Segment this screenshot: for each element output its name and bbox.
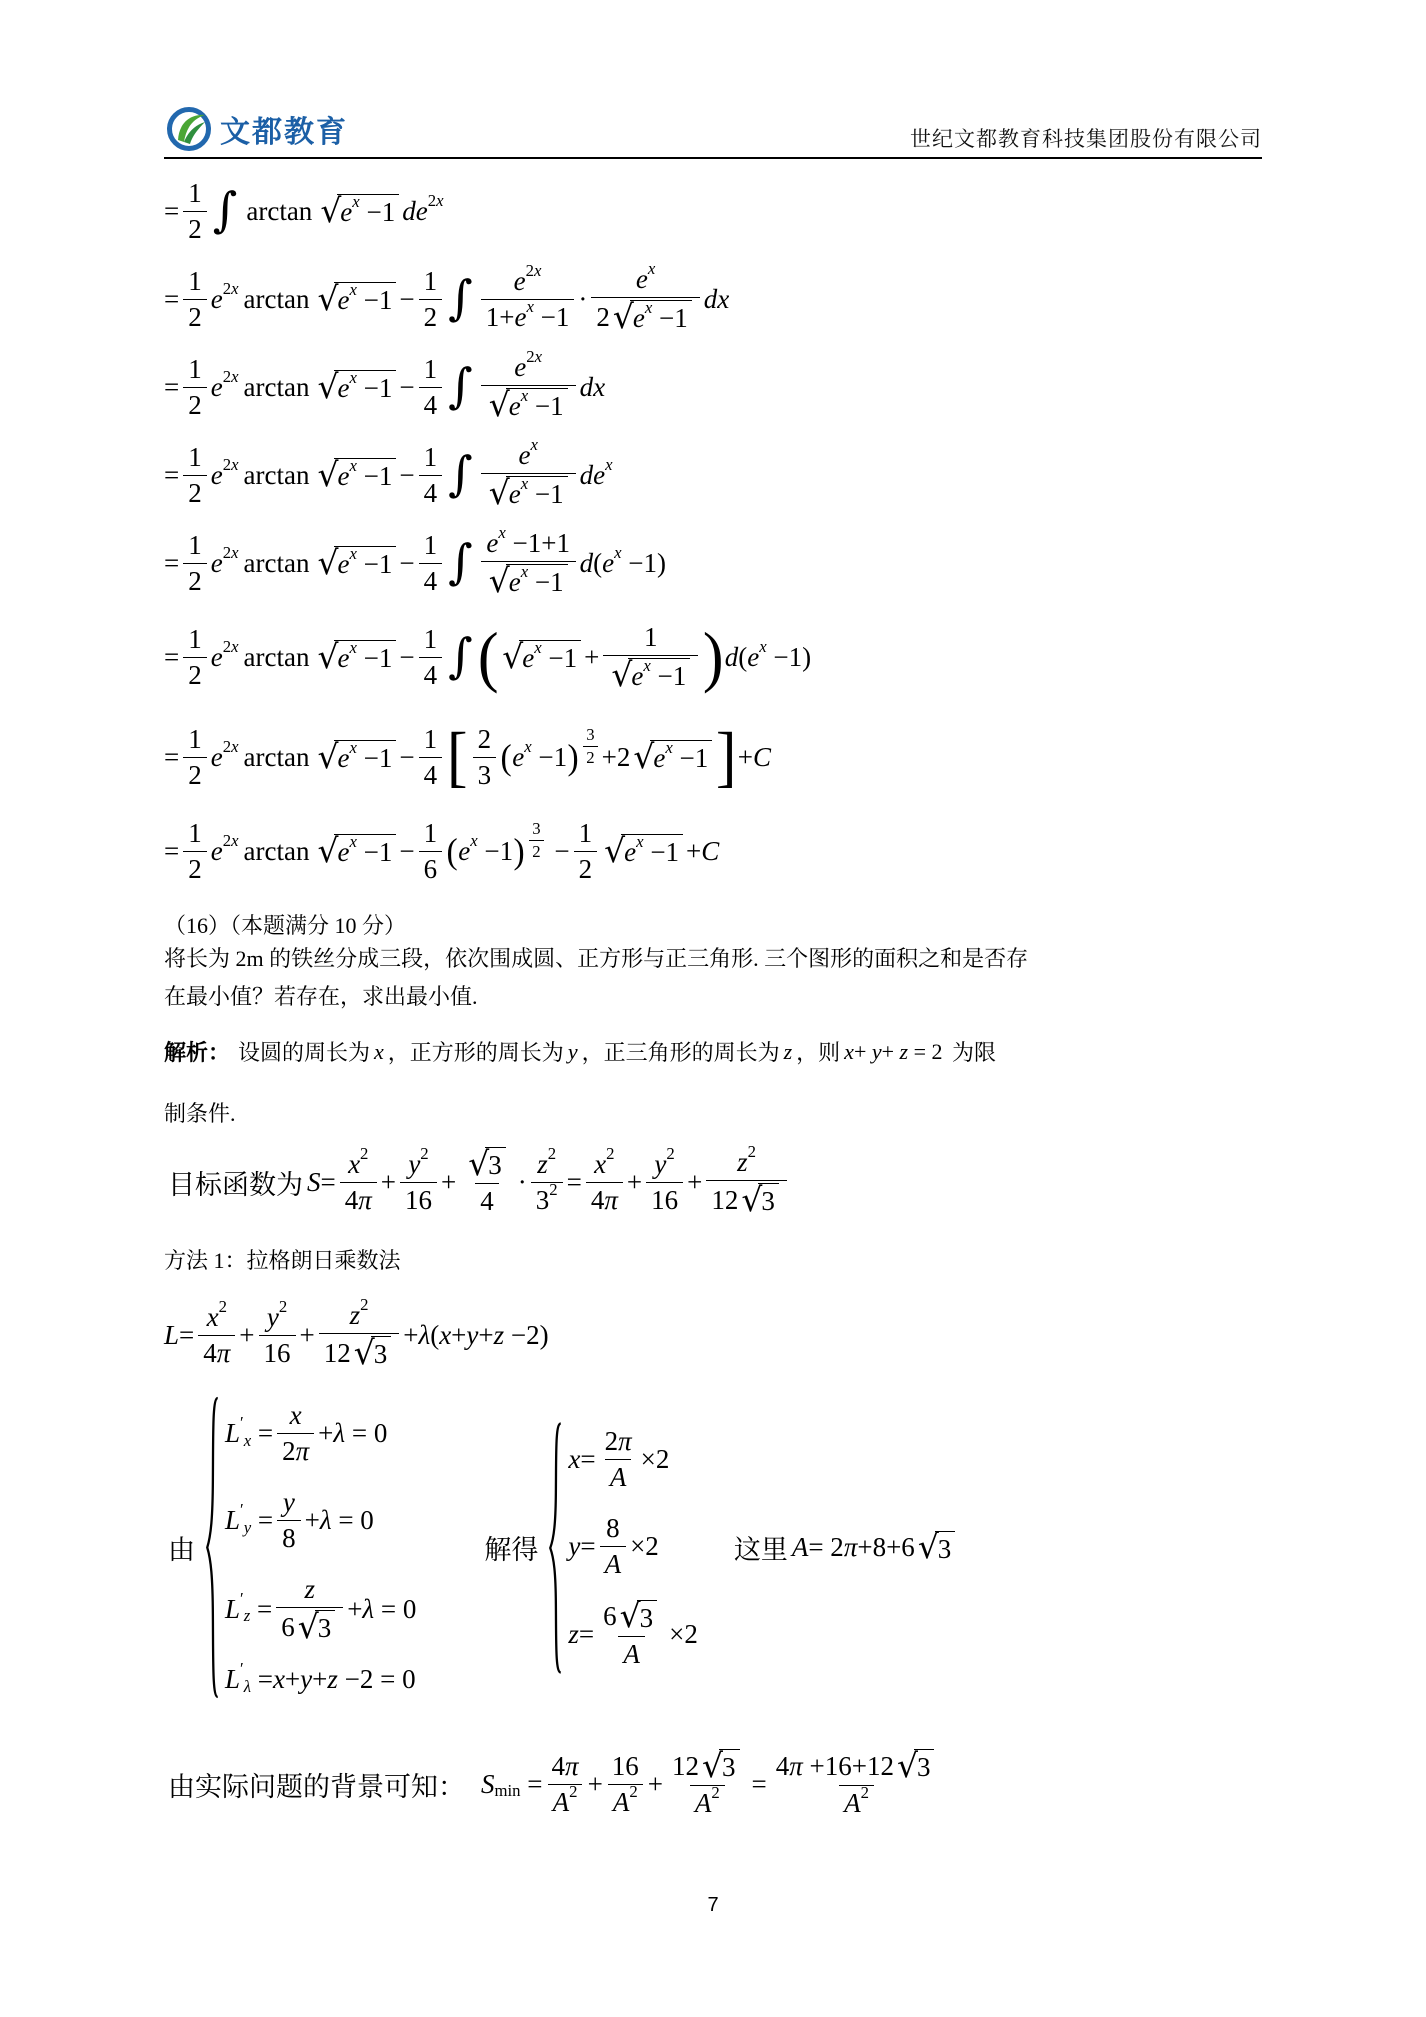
math-text: · [578, 284, 587, 315]
big-delimiter: ( [478, 623, 499, 691]
superscript: 2 [219, 1297, 227, 1317]
math-text: 2 [605, 1426, 619, 1457]
big-delimiter: ) [514, 833, 525, 869]
math-sqrt: √ex −1 [317, 282, 396, 316]
math-text: 2 [424, 302, 438, 333]
fraction-denominator: 2 [574, 851, 598, 885]
math-fraction: 14 [419, 624, 443, 691]
math-text: +16+12 [803, 1751, 894, 1782]
math-text: −1 [652, 303, 687, 334]
company-name: 世纪文都教育科技集团股份有限公司 [910, 123, 1262, 154]
math-text: = [251, 1418, 273, 1449]
math-fraction: √34 [460, 1147, 513, 1217]
math-fraction: e2x1+ex −1 [481, 266, 575, 333]
math-var: y [267, 1302, 279, 1333]
math-text: 2 [282, 1436, 296, 1467]
math-fraction: x24π [586, 1149, 623, 1216]
math-text: 2 [569, 1782, 577, 1802]
math-var: e [514, 302, 526, 333]
radicand: ex −1 [506, 388, 568, 422]
math-var: π [296, 1436, 310, 1467]
math-text: = [521, 1769, 543, 1800]
math-var: e [211, 372, 223, 403]
math-text: −1 [357, 285, 392, 316]
math-var: A [613, 1787, 630, 1818]
math-text: 3 [761, 1186, 775, 1217]
fraction-numerator: 1 [419, 818, 443, 851]
fraction-numerator: 1 [183, 818, 207, 851]
math-text: 3 [722, 1752, 736, 1783]
math-text: 2 [586, 748, 594, 768]
math-text: = [164, 642, 179, 673]
radicand: 3 [637, 1600, 658, 1634]
formula-line-7: =12e2xarctan√ex −1−14[23(ex −1)32+2√ex −… [164, 707, 1262, 807]
math-var: x [352, 192, 359, 212]
fraction-denominator: 16 [646, 1182, 683, 1216]
radicand: ex −1 [334, 282, 396, 316]
math-text: 4 [424, 760, 438, 791]
math-fraction: 1√ex −1 [603, 622, 698, 692]
math-var: λ [244, 1677, 251, 1697]
fraction-numerator: 3 [529, 819, 543, 840]
math-text: 1 [644, 622, 658, 653]
fraction-numerator: e2x [509, 266, 547, 299]
math-var: z [304, 1574, 315, 1605]
math-var: x [665, 738, 672, 758]
math-fraction: 12 [183, 442, 207, 509]
math-text: 16 [264, 1338, 291, 1369]
math-var: x [521, 474, 528, 494]
math-fraction: z212√3 [319, 1300, 399, 1370]
math-text: + [403, 1320, 418, 1351]
math-fraction: 12 [574, 818, 598, 885]
math-text: 2 [188, 478, 202, 509]
math-text: 3 [318, 1613, 332, 1644]
math-var: e [518, 440, 530, 471]
math-fraction: 12 [183, 724, 207, 791]
math-fraction: 23 [473, 724, 497, 791]
math-var: x [374, 1039, 384, 1065]
math-text: −1 [357, 643, 392, 674]
math-text: 1 [188, 266, 202, 297]
math-var: x [436, 191, 443, 211]
superscript: x [349, 638, 356, 658]
math-cjk-text: 这里 [734, 1528, 788, 1567]
fraction-denominator: 4 [419, 657, 443, 691]
fraction-denominator: 8 [277, 1520, 301, 1554]
math-fraction: x24π [198, 1302, 235, 1369]
math-text: −1 [357, 549, 392, 580]
problem-heading: （16）（本题满分 10 分） [164, 909, 1262, 940]
math-text: 2 [478, 724, 492, 755]
superscript: x [524, 737, 531, 757]
math-text: 1 [424, 266, 438, 297]
math-text: 2 [711, 1783, 719, 1803]
math-text: 2 [526, 347, 534, 367]
math-var: x [643, 656, 650, 676]
superscript: x [521, 474, 528, 494]
math-text: 1 [424, 818, 438, 849]
math-text: + [381, 1167, 396, 1198]
problem-text-line-2: 在最小值？若存在，求出最小值. [164, 978, 1262, 1016]
logo-icon [164, 104, 214, 154]
fraction-numerator: 1 [183, 530, 207, 563]
math-text: 3 [374, 1339, 388, 1370]
math-sqrt: √3 [918, 1531, 955, 1565]
integral-sign: ∫ [448, 363, 473, 410]
math-fraction: y216 [259, 1302, 296, 1369]
cases-row: L′z =z6√3+λ = 0 [225, 1574, 416, 1644]
math-text: 4 [203, 1338, 217, 1369]
math-text: 3 [640, 1603, 654, 1634]
logo-text: 文都教育 [220, 107, 348, 151]
math-text: 2 [188, 302, 202, 333]
math-text: 2 [596, 302, 610, 333]
superscript: 2 [548, 1144, 556, 1164]
math-text: −1) [767, 642, 811, 673]
math-fraction: 14 [419, 530, 443, 597]
math-var: λ [362, 1594, 374, 1625]
radicand: 3 [719, 1749, 740, 1783]
math-var: z [784, 1039, 793, 1065]
math-text: 1 [424, 530, 438, 561]
superscript: 2 [360, 1144, 368, 1164]
math-var: e [458, 836, 470, 867]
math-cjk-text: ，正方形的周长为 [388, 1036, 564, 1067]
superscript: x [349, 832, 356, 852]
math-var: x [231, 455, 238, 475]
math-text: 16 [651, 1185, 678, 1216]
math-text: 12 [672, 1751, 699, 1782]
math-text: ×2 [630, 1531, 659, 1562]
math-var: e [653, 743, 665, 774]
superscript: x [349, 738, 356, 758]
math-var: x [231, 737, 238, 757]
math-text: = [164, 460, 179, 491]
math-text: = 2 [908, 1039, 948, 1065]
radicand: ex −1 [334, 546, 396, 580]
fraction-numerator: x2 [589, 1149, 619, 1182]
fraction-denominator: 6 [419, 851, 443, 885]
math-text: = 0 [374, 1594, 416, 1625]
math-var: x [244, 1431, 251, 1451]
math-var: e [211, 548, 223, 579]
math-var: S [307, 1167, 321, 1198]
math-var: e [522, 643, 534, 674]
superscript: 2 [861, 1783, 869, 1803]
math-text: −1 [528, 567, 563, 598]
math-fraction: 14 [419, 442, 443, 509]
math-text: + [285, 1664, 300, 1695]
brace-icon [205, 1395, 220, 1700]
math-var: z [537, 1149, 548, 1180]
fraction-denominator: 4π [340, 1182, 377, 1216]
superscript: 2x [223, 637, 239, 657]
math-var: e [514, 266, 526, 297]
fraction-denominator: √ex −1 [481, 473, 576, 510]
fraction-numerator: 1 [639, 622, 663, 655]
math-var: A [605, 1549, 622, 1580]
math-fraction: 14 [419, 354, 443, 421]
formula-line-8: =12e2xarctan√ex −1−16(ex −1)32 −12√ex −1… [164, 807, 1262, 895]
radicand: 3 [485, 1147, 506, 1181]
cases-rows: x=2πA×2y=8A×2z=6√3A×2 [568, 1426, 697, 1670]
math-var: e [337, 837, 349, 868]
math-text: 3 [488, 1150, 502, 1181]
formula-line-6: =12e2xarctan√ex −1−14∫(√ex −1+1√ex −1)d(… [164, 607, 1262, 707]
math-text: −1 [357, 743, 392, 774]
math-function-name: arctan [244, 836, 310, 867]
math-var: x [521, 562, 528, 582]
math-var: x [521, 386, 528, 406]
math-text: − [399, 742, 414, 773]
superscript: 2 [748, 1142, 756, 1162]
math-text: 2 [188, 854, 202, 885]
fraction-numerator: 4π +16+12√3 [771, 1749, 943, 1785]
math-var: x [636, 832, 643, 852]
superscript: x [648, 259, 655, 279]
superscript: 32 [525, 819, 547, 862]
math-fraction: z232 [531, 1149, 563, 1216]
superscript: x [614, 543, 621, 563]
superscript: 2 [629, 1782, 637, 1802]
fraction-numerator: 1 [419, 624, 443, 657]
math-var: x [349, 456, 356, 476]
math-var: π [844, 1532, 858, 1563]
math-var: z [568, 1619, 579, 1650]
math-text: 2 [360, 1295, 368, 1315]
math-var: z [244, 1606, 251, 1626]
math-cjk-text: 由实际问题的背景可知： [168, 1765, 465, 1804]
math-var: x [534, 638, 541, 658]
math-var: x [231, 831, 238, 851]
math-text: 2 [549, 1180, 557, 1200]
math-fraction: x24π [340, 1149, 377, 1216]
integral-sign: ∫ [213, 187, 238, 234]
formula-line-1: =12∫arctan√ex −1de2x [164, 167, 1262, 255]
math-fraction: 32 [583, 725, 597, 768]
fraction-numerator: 3 [583, 725, 597, 746]
math-fraction: e2x√ex −1 [481, 352, 576, 422]
math-sqrt: √ex −1 [489, 476, 568, 510]
subscript: z [244, 1606, 251, 1626]
superscript: x [349, 368, 356, 388]
math-var: A [792, 1532, 809, 1563]
fraction-numerator: 1 [419, 266, 443, 299]
math-var: e [636, 264, 648, 295]
fraction-denominator: 16 [259, 1335, 296, 1369]
math-function-name: arctan [244, 372, 310, 403]
math-sqrt: √3 [741, 1183, 778, 1217]
math-text: 4 [424, 390, 438, 421]
math-var: x [568, 1444, 580, 1475]
math-text: 2 [223, 543, 231, 563]
math-cjk-text: 解得 [484, 1528, 538, 1567]
fraction-numerator: 1 [574, 818, 598, 851]
math-text: 2 [188, 660, 202, 691]
math-var: e [624, 837, 636, 868]
math-text: = [164, 742, 179, 773]
math-text: + [882, 1039, 900, 1065]
fraction-numerator: z2 [732, 1147, 761, 1180]
math-text: 6 [603, 1601, 617, 1632]
math-text: 2 [748, 1142, 756, 1162]
math-text: − [399, 284, 414, 315]
fraction-numerator: 1 [183, 178, 207, 211]
fraction-denominator: 3 [473, 757, 497, 791]
math-var: x [207, 1302, 219, 1333]
integral-sign: ∫ [448, 539, 473, 586]
superscript: x [349, 544, 356, 564]
math-text: = [164, 372, 179, 403]
math-text: 4 [591, 1185, 605, 1216]
cases-row: z=6√3A×2 [568, 1600, 697, 1670]
cases-row: L′λ =x+y+z −2 = 0 [225, 1664, 416, 1695]
integral-sign: ∫ [448, 275, 473, 322]
integral-sign: ∫ [448, 451, 473, 498]
radicand: ex −1 [334, 740, 396, 774]
math-text: −1 [360, 197, 395, 228]
superscript: 2 [549, 1180, 557, 1200]
math-var: e [631, 661, 643, 692]
math-sqrt: √ex −1 [633, 740, 712, 774]
math-var: x [349, 280, 356, 300]
fraction-denominator: 4π [586, 1182, 623, 1216]
math-cjk-text: 为限 [952, 1036, 996, 1067]
math-fraction: ex√ex −1 [481, 440, 576, 510]
math-var: x [524, 737, 531, 757]
equation-cases: x=2πA×2y=8A×2z=6√3A×2 [548, 1421, 697, 1675]
fraction-denominator: A2 [839, 1785, 874, 1819]
fraction-denominator: 4 [419, 387, 443, 421]
math-text: = [164, 284, 179, 315]
radicand: 3 [371, 1336, 392, 1370]
cases-row: x=2πA×2 [568, 1426, 697, 1493]
fraction-denominator: 4 [475, 1183, 499, 1217]
fraction-numerator: 2π [600, 1426, 637, 1459]
math-var: λ [418, 1320, 430, 1351]
math-var: z [900, 1039, 909, 1065]
math-text: 1 [188, 724, 202, 755]
fraction-denominator: A [605, 1459, 632, 1493]
superscript: 2x [223, 367, 239, 387]
math-fraction: 6√3A [598, 1600, 665, 1670]
math-text: 2 [188, 566, 202, 597]
subscript: λ [244, 1677, 251, 1697]
superscript: 2 [360, 1295, 368, 1315]
math-text: − [399, 460, 414, 491]
math-var: e [512, 742, 524, 773]
math-sqrt: √ex −1 [613, 300, 692, 334]
math-text: −1) [622, 548, 666, 579]
fraction-denominator: √ex −1 [481, 385, 576, 422]
fraction-denominator: 12√3 [706, 1180, 786, 1217]
math-sqrt: √3 [620, 1600, 657, 1634]
math-var: dx [580, 372, 605, 403]
math-text: 2 [360, 1144, 368, 1164]
math-sqrt: √ex −1 [317, 740, 396, 774]
superscript: x [352, 192, 359, 212]
math-text: ( [593, 548, 602, 579]
fraction-numerator: √3 [460, 1147, 513, 1183]
math-var: y [568, 1531, 580, 1562]
math-var: e [337, 743, 349, 774]
math-var: x [526, 297, 533, 317]
smin-formula: 由实际问题的背景可知：Smin =4πA2+16A2+12√3A2=4π +16… [164, 1734, 1262, 1834]
math-var: y [654, 1149, 666, 1180]
math-var: A [623, 1639, 640, 1670]
math-cjk-text: ，则 [796, 1036, 840, 1067]
math-var: d [580, 548, 594, 579]
math-fraction: y216 [400, 1149, 437, 1216]
fraction-numerator: 1 [183, 442, 207, 475]
solution-intro-formula: 设圆的周长为x，正方形的周长为y，正三角形的周长为z，则x+ y+ z = 2 … [234, 1036, 1000, 1067]
math-text: 3 [586, 725, 594, 745]
math-text: 4 [424, 478, 438, 509]
solution-intro: 解析： 设圆的周长为x，正方形的周长为y，正三角形的周长为z，则x+ y+ z … [164, 1036, 1262, 1067]
math-text: = [251, 1664, 273, 1695]
math-text: 1 [424, 354, 438, 385]
math-text: 4 [552, 1751, 566, 1782]
math-text: −1+1 [506, 528, 570, 559]
math-var: z [350, 1300, 361, 1331]
math-text: = [567, 1167, 582, 1198]
math-text: = [164, 548, 179, 579]
superscript: x [521, 386, 528, 406]
math-text: 1 [188, 354, 202, 385]
math-var: L [164, 1320, 179, 1351]
math-text: + [347, 1594, 362, 1625]
math-fraction: 12 [183, 818, 207, 885]
math-var: π [604, 1185, 618, 1216]
superscript: 2 [569, 1782, 577, 1802]
math-var: e [211, 284, 223, 315]
math-text: −1 [644, 837, 679, 868]
math-text: −1 [534, 302, 569, 333]
math-sqrt: √3 [354, 1336, 391, 1370]
math-function-name: arctan [244, 548, 310, 579]
fraction-denominator: 2 [183, 757, 207, 791]
header: 文都教育 世纪文都教育科技集团股份有限公司 [164, 0, 1262, 159]
math-var: y [300, 1664, 312, 1695]
math-text: 8 [606, 1513, 620, 1544]
math-fraction: y8 [277, 1487, 301, 1554]
superscript: 2x [223, 455, 239, 475]
fraction-numerator: 8 [601, 1513, 625, 1546]
math-text: 2 [861, 1783, 869, 1803]
math-text: 2 [223, 637, 231, 657]
math-fraction: 12 [419, 266, 443, 333]
math-text: −1 [478, 836, 513, 867]
math-fraction: 8A [600, 1513, 627, 1580]
math-text: 2 [606, 1144, 614, 1164]
fraction-numerator: x [285, 1400, 307, 1433]
lagrange-formula: L=x24π+y216+z212√3+λ(x+y+z −2) [164, 1285, 1262, 1385]
superscript: x [498, 523, 505, 543]
math-var: C [701, 836, 719, 867]
superscript: x [349, 280, 356, 300]
math-text: = [321, 1167, 336, 1198]
logo: 文都教育 [164, 104, 348, 154]
fraction-numerator: ex [631, 264, 660, 297]
math-text: 16 [612, 1751, 639, 1782]
math-function-name: arctan [246, 196, 312, 227]
math-text: 2 [223, 279, 231, 299]
math-var: x [231, 637, 238, 657]
fraction-numerator: y2 [649, 1149, 679, 1182]
solution-label: 解析： [164, 1036, 230, 1067]
math-sqrt: √3 [702, 1749, 739, 1783]
